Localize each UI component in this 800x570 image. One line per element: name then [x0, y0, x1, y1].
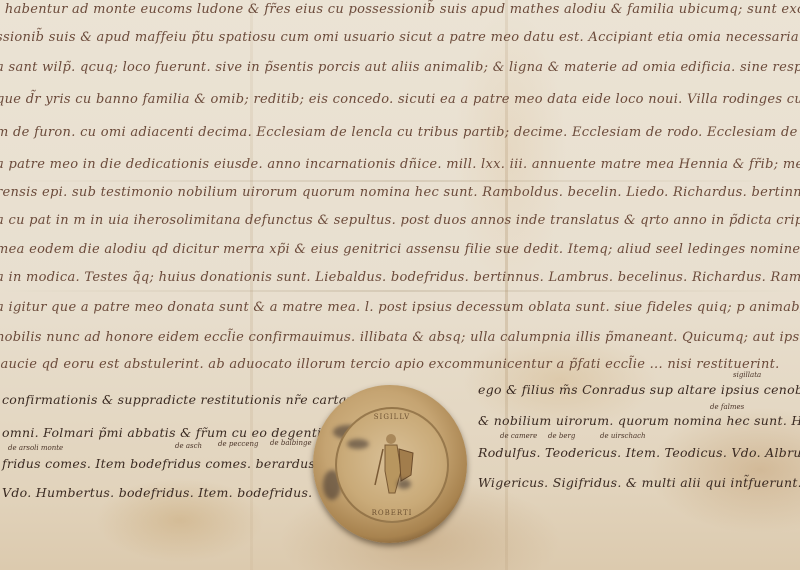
- witness-line: & nobilium uirorum. quorum nomina hec su…: [478, 413, 800, 428]
- text-line: i habentur ad monte eucoms ludone & fr̃e…: [0, 2, 800, 17]
- witness-line: omni. Folmari p̃mi abbatis & fr̃um cu eo…: [2, 425, 346, 440]
- text-line: a in modica. Testes q̃q; huius donationi…: [0, 270, 800, 285]
- interlinear-gloss: sigillata: [733, 371, 761, 379]
- interlinear-gloss: de falmes: [710, 403, 744, 411]
- witness-line: Vdo. Humbertus. bodefridus. Item. bodefr…: [2, 485, 312, 500]
- interlinear-gloss: de camere: [500, 432, 537, 440]
- text-line: ssionib̃ suis & apud maffeiu p̃tu spatio…: [0, 30, 800, 45]
- interlinear-gloss: de berg: [548, 432, 575, 440]
- text-line: a patre meo in die dedicationis eiusde. …: [0, 157, 800, 172]
- interlinear-gloss: de balbinge: [270, 439, 312, 447]
- seal-legend-bottom: ROBERTI: [337, 509, 447, 517]
- text-line: rensis epi. sub testimonio nobilium uiro…: [0, 185, 800, 200]
- text-line: a cu pat in m in uia iherosolimitana def…: [0, 213, 800, 228]
- interlinear-gloss: de uirschach: [600, 432, 646, 440]
- witness-line: confirmationis & suppradicte restitution…: [2, 392, 363, 407]
- text-line: que d̃r yris cu banno familia & omib; re…: [0, 92, 800, 107]
- seal-face: SIGILLV ROBERTI: [335, 407, 449, 523]
- charter-parchment: i habentur ad monte eucoms ludone & fr̃e…: [0, 0, 800, 570]
- wax-seal: SIGILLV ROBERTI: [313, 385, 467, 543]
- text-line: a sant wilp̃. qcuq; loco fuerunt. sive i…: [0, 60, 800, 75]
- text-line: m de furon. cu omi adiacenti decima. Ecc…: [0, 125, 800, 140]
- interlinear-gloss: de asch: [175, 442, 202, 450]
- interlinear-gloss: de pecceng: [218, 440, 258, 448]
- fold-crease: [0, 180, 800, 182]
- fold-crease: [0, 290, 800, 292]
- interlinear-gloss: de arsoli monte: [8, 444, 63, 452]
- text-line: nobilis nunc ad honore eidem eccl̃ie con…: [0, 330, 800, 345]
- seal-legend-top: SIGILLV: [337, 413, 447, 421]
- witness-line: Wigericus. Sigifridus. & multi alii qui …: [478, 475, 800, 490]
- text-line: a igitur que a patre meo donata sunt & a…: [0, 300, 800, 315]
- text-line: iaucie qd eoru est abstulerint. ab aduoc…: [0, 357, 780, 372]
- text-line: mea eodem die alodiu qd dicitur merra xp…: [0, 242, 800, 257]
- witness-line: ego & filius m̃s Conradus sup altare ips…: [478, 382, 800, 397]
- witness-line: Rodulfus. Teodericus. Item. Teodicus. Vd…: [478, 445, 800, 460]
